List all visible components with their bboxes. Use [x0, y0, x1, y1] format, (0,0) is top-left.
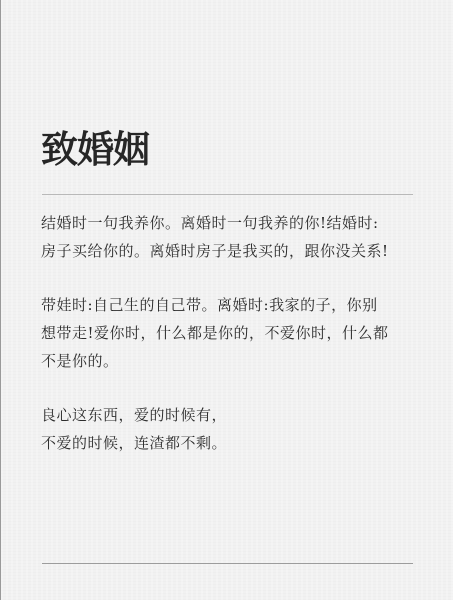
paragraph-line: 不爱的时候，连渣都不剩。 [41, 429, 421, 457]
body-text: 结婚时一句我养你。离婚时一句我养的你!结婚时: 房子买给你的。离婚时房子是我买的… [41, 209, 421, 483]
paragraph-1: 结婚时一句我养你。离婚时一句我养的你!结婚时: 房子买给你的。离婚时房子是我买的… [41, 209, 421, 265]
paragraph-2: 带娃时:自己生的自己带。离婚时:我家的子，你别 想带走!爱你时，什么都是你的，不… [41, 291, 421, 375]
paragraph-line: 带娃时:自己生的自己带。离婚时:我家的子，你别 [41, 291, 421, 319]
page-title: 致婚姻 [41, 124, 149, 176]
paragraph-line: 房子买给你的。离婚时房子是我买的，跟你没关系! [41, 237, 421, 265]
footer-divider [42, 563, 413, 564]
paragraph-line: 良心这东西，爱的时候有， [41, 401, 421, 429]
paragraph-line: 不是你的。 [41, 347, 421, 375]
paragraph-line: 结婚时一句我养你。离婚时一句我养的你!结婚时: [41, 209, 421, 237]
paragraph-line: 想带走!爱你时，什么都是你的，不爱你时，什么都 [41, 319, 421, 347]
page: 致婚姻 结婚时一句我养你。离婚时一句我养的你!结婚时: 房子买给你的。离婚时房子… [0, 0, 453, 600]
paragraph-3: 良心这东西，爱的时候有， 不爱的时候，连渣都不剩。 [41, 401, 421, 457]
title-divider [42, 194, 413, 195]
